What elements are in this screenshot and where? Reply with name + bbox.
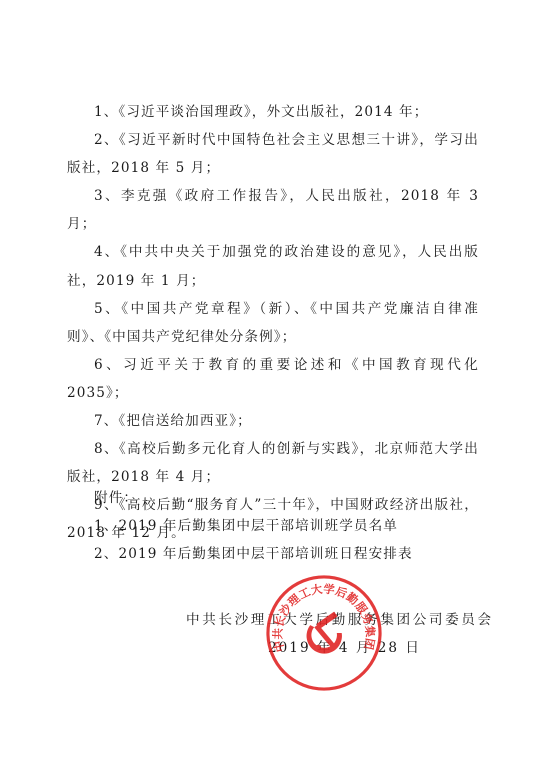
reference-item: 5、《中国共产党章程》（新）、《中国共产党廉洁自律准则》、《中国共产党纪律处分条… — [67, 295, 479, 351]
reference-item: 8、《高校后勤多元化育人的创新与实践》，北京师范大学出版社，2018 年 4 月… — [67, 435, 479, 491]
attachments-section: 附件： 1、2019 年后勤集团中层干部培训班学员名单 2、2019 年后勤集团… — [67, 484, 479, 568]
reference-number: 8、 — [94, 441, 119, 457]
attachment-item: 2、2019 年后勤集团中层干部培训班日程安排表 — [67, 540, 479, 568]
reference-text: 《把信送给加西亚》； — [118, 413, 251, 429]
reference-number: 5、 — [94, 301, 121, 317]
attachment-text: 2019 年后勤集团中层干部培训班学员名单 — [118, 518, 398, 534]
attachment-text: 2019 年后勤集团中层干部培训班日程安排表 — [118, 546, 412, 562]
reference-number: 4、 — [94, 244, 120, 260]
signature-organization: 中共长沙理工大学后勤服务集团公司委员会 — [186, 606, 494, 634]
reference-number: 7、 — [94, 413, 118, 429]
reference-item: 2、《习近平新时代中国特色社会主义思想三十讲》，学习出版社，2018 年 5 月… — [67, 126, 479, 182]
reference-text: 《高校后勤多元化育人的创新与实践》，北京师范大学出版社，2018 年 4 月； — [67, 441, 479, 485]
reference-number: 6、 — [94, 357, 123, 373]
reference-number: 1、 — [94, 104, 118, 120]
reference-item: 1、《习近平谈治国理政》，外文出版社，2014 年； — [67, 98, 479, 126]
reference-text: 《中共中央关于加强党的政治建设的意见》，人民出版社，2019 年 1 月； — [67, 244, 479, 288]
reference-item: 4、《中共中央关于加强党的政治建设的意见》，人民出版社，2019 年 1 月； — [67, 238, 479, 294]
reference-text: 《习近平新时代中国特色社会主义思想三十讲》，学习出版社，2018 年 5 月； — [67, 132, 479, 176]
attachment-item: 1、2019 年后勤集团中层干部培训班学员名单 — [67, 512, 479, 540]
signature-date: 2019 年 4 月 28 日 — [186, 634, 494, 662]
reference-item: 7、《把信送给加西亚》； — [67, 407, 479, 435]
reference-text: 李克强《政府工作报告》，人民出版社，2018 年 3 月； — [67, 188, 479, 232]
reference-number: 2、 — [94, 132, 119, 148]
reference-text: 《中国共产党章程》（新）、《中国共产党廉洁自律准则》、《中国共产党纪律处分条例》… — [67, 301, 479, 345]
attachments-heading: 附件： — [67, 484, 479, 512]
reference-item: 3、李克强《政府工作报告》，人民出版社，2018 年 3 月； — [67, 182, 479, 238]
reference-text: 习近平关于教育的重要论述和《中国教育现代化 2035》； — [67, 357, 479, 401]
document-page: 1、《习近平谈治国理政》，外文出版社，2014 年； 2、《习近平新时代中国特色… — [0, 0, 543, 768]
reference-number: 3、 — [94, 188, 121, 204]
reference-list: 1、《习近平谈治国理政》，外文出版社，2014 年； 2、《习近平新时代中国特色… — [67, 98, 479, 548]
reference-text: 《习近平谈治国理政》，外文出版社，2014 年； — [118, 104, 428, 120]
signature-block: 中共长沙理工大学后勤服务集团公司委员会 2019 年 4 月 28 日 — [186, 606, 494, 662]
attachment-number: 1、 — [94, 518, 118, 534]
attachment-number: 2、 — [94, 546, 118, 562]
reference-item: 6、习近平关于教育的重要论述和《中国教育现代化 2035》； — [67, 351, 479, 407]
